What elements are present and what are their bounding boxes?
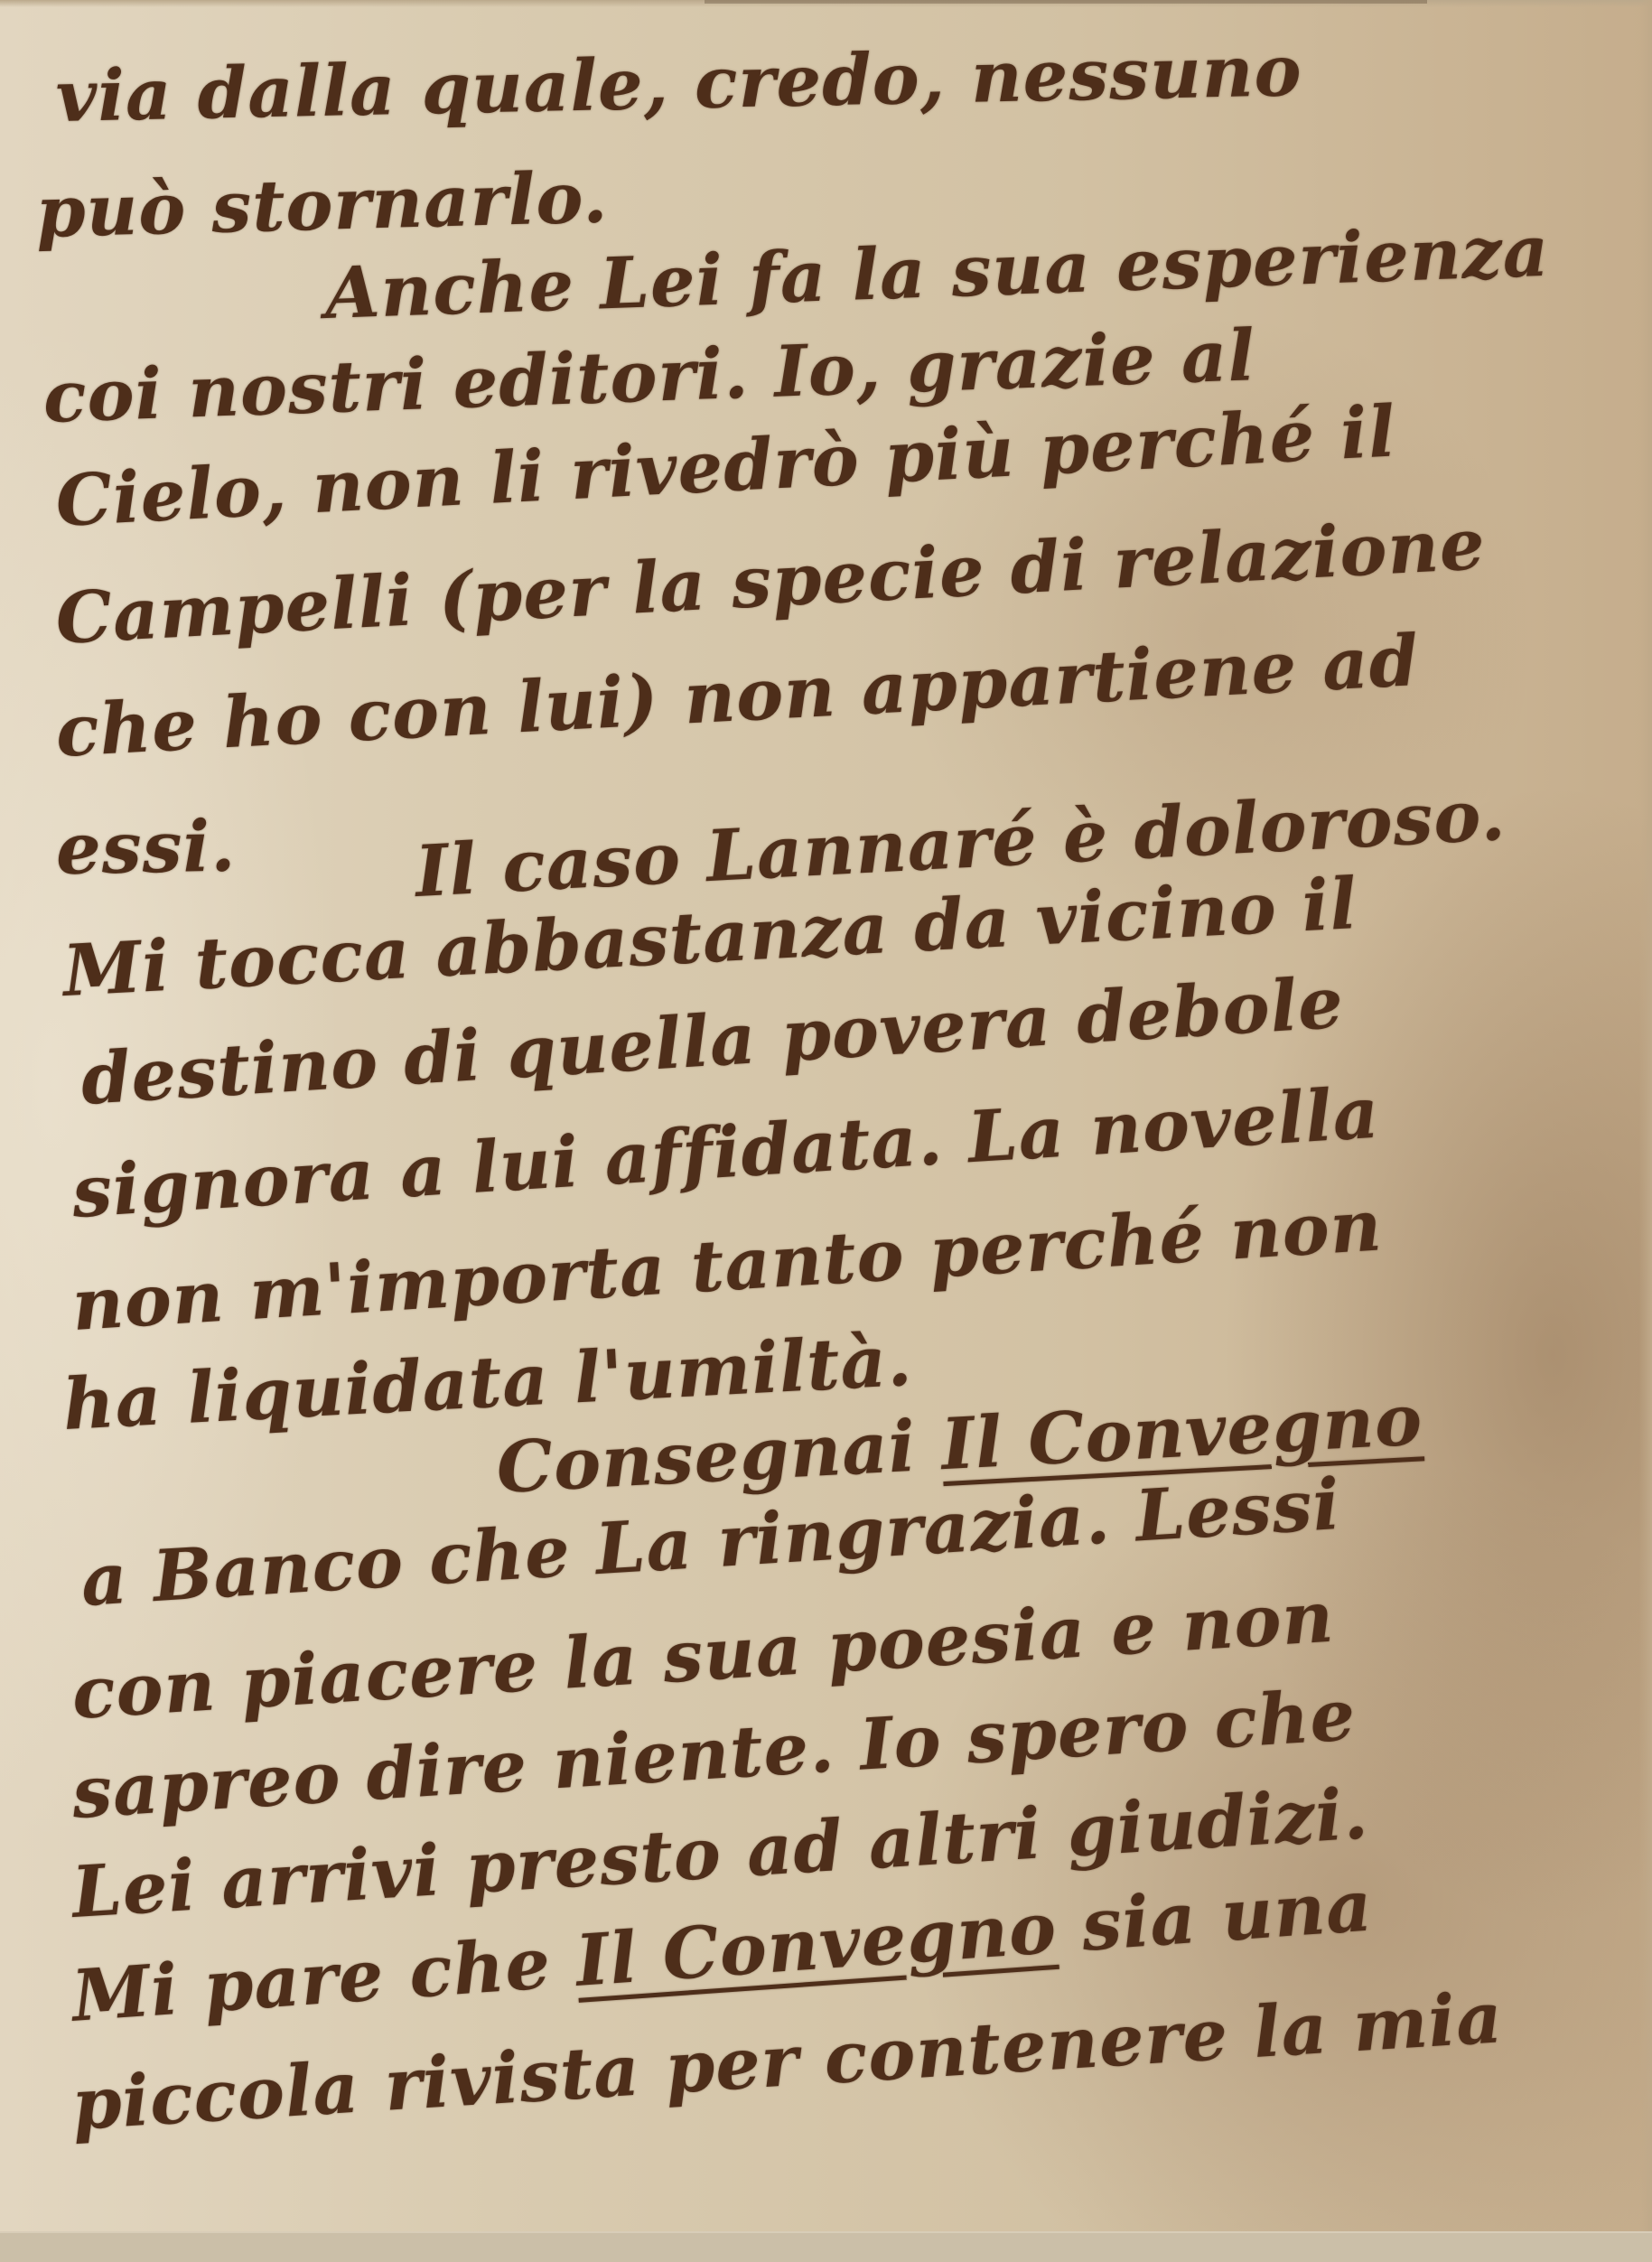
letter-line-8: essi. [55, 806, 237, 891]
paper-fold-mark [705, 0, 1427, 4]
letter-page: via dalla quale, credo, nessuno può stor… [0, 0, 1652, 2262]
letter-text: sia una [1054, 1865, 1376, 1968]
letter-line-1: via dalla quale, credo, nessuno [55, 30, 1302, 138]
underlined-title-il-convegno: Il Convegno [574, 1887, 1059, 2003]
paper-right-edge [1639, 0, 1652, 2262]
paper-bottom-edge [0, 2231, 1652, 2262]
letter-text: Mi pare che [70, 1921, 579, 2038]
letter-line-2: può stornarlo. [35, 156, 609, 254]
underlined-title-il-convegno: Il Convegno [939, 1379, 1424, 1486]
